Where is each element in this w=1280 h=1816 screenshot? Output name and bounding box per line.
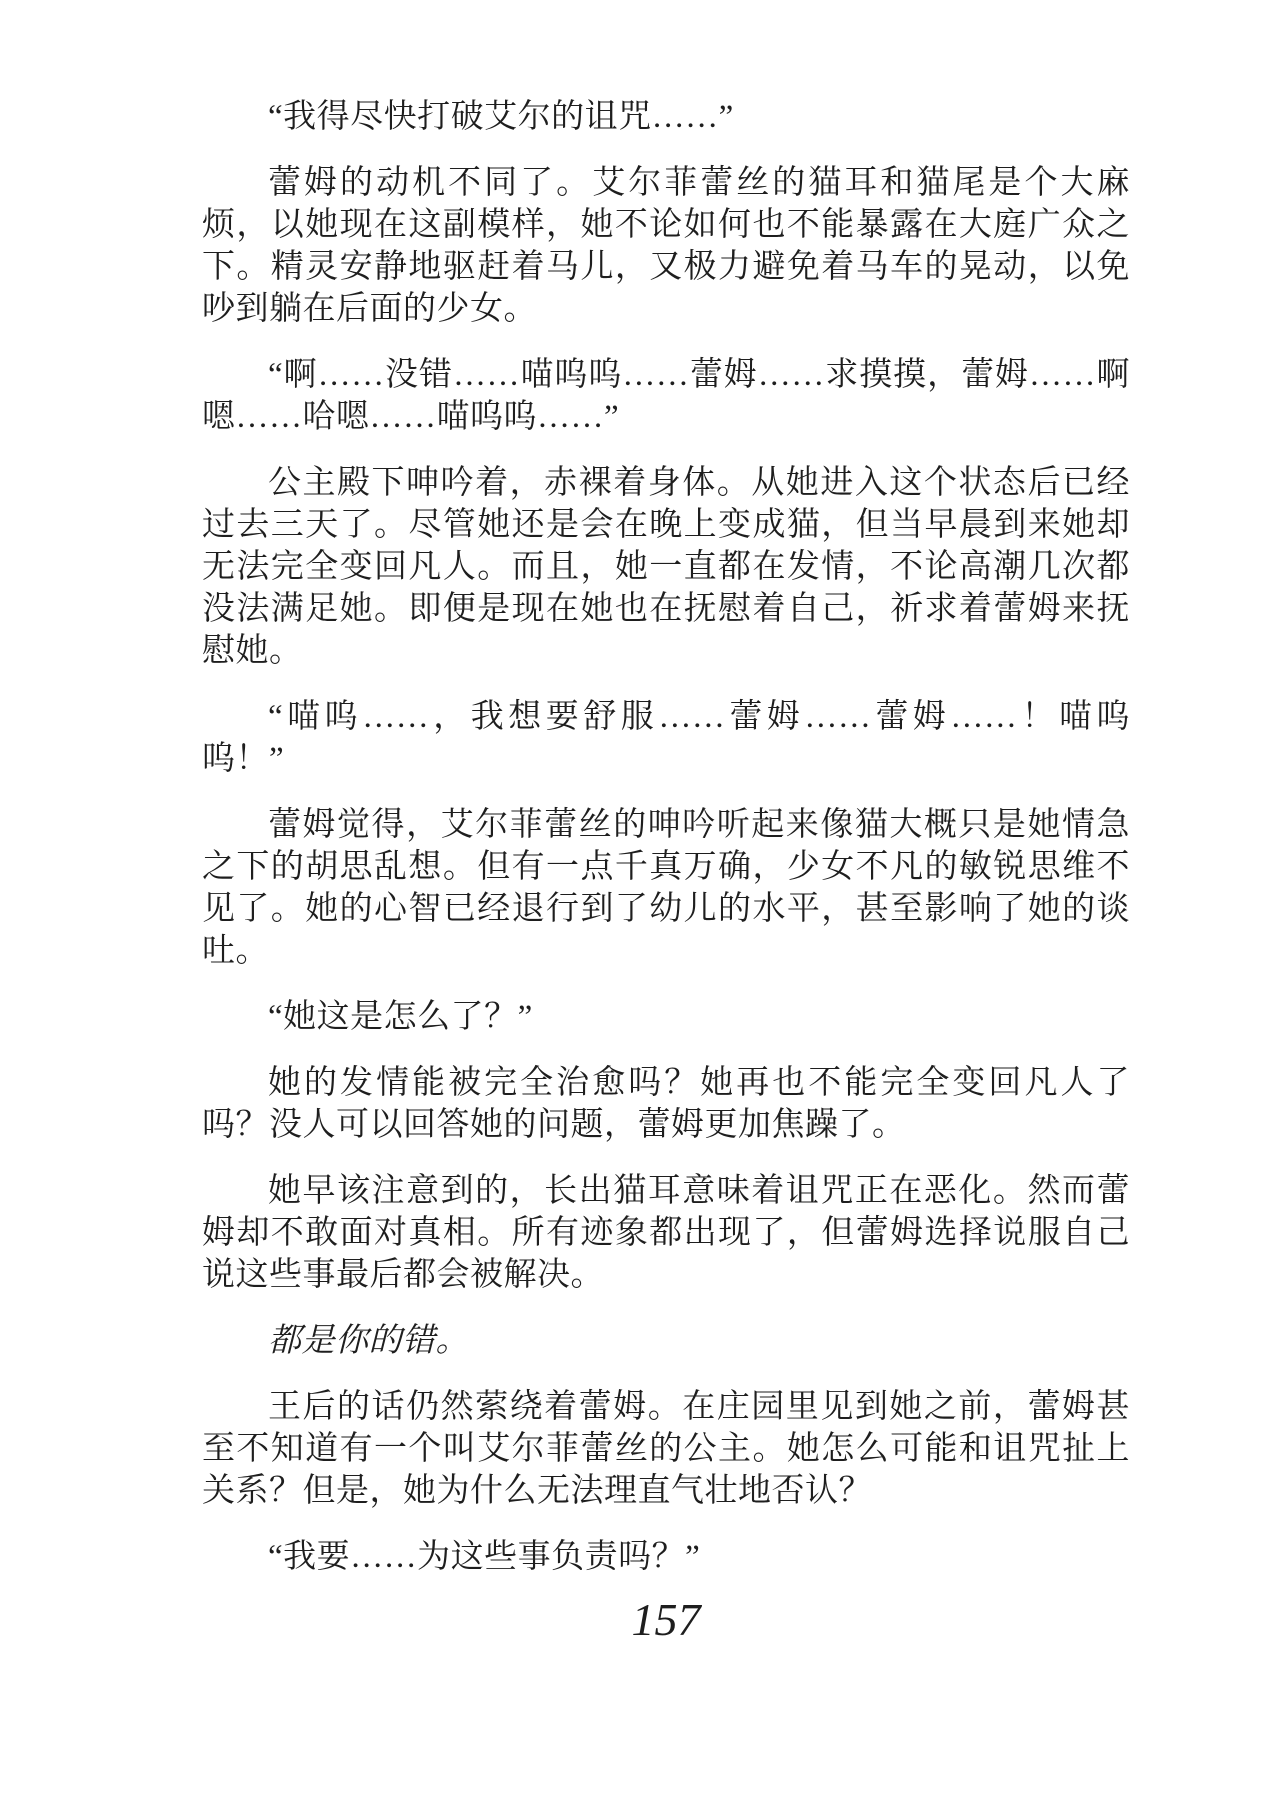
dialogue-paragraph: “啊……没错……喵呜呜……蕾姆……求摸摸，蕾姆……啊嗯……哈嗯……喵呜呜……” [202,354,1130,438]
page-number: 157 [202,1592,1130,1647]
dialogue-paragraph: “她这是怎么了？” [202,996,1130,1038]
dialogue-paragraph: “我要……为这些事负责吗？” [202,1536,1130,1578]
book-page: “我得尽快打破艾尔的诅咒……”蕾姆的动机不同了。艾尔菲蕾丝的猫耳和猫尾是个大麻烦… [0,0,1280,1816]
narration-paragraph: 王后的话仍然萦绕着蕾姆。在庄园里见到她之前，蕾姆甚至不知道有一个叫艾尔菲蕾丝的公… [202,1386,1130,1512]
dialogue-paragraph: “喵呜……，我想要舒服……蕾姆……蕾姆……！喵呜呜！” [202,696,1130,780]
narration-paragraph: 公主殿下呻吟着，赤裸着身体。从她进入这个状态后已经过去三天了。尽管她还是会在晚上… [202,462,1130,672]
page-text-block: “我得尽快打破艾尔的诅咒……”蕾姆的动机不同了。艾尔菲蕾丝的猫耳和猫尾是个大麻烦… [202,96,1130,1602]
narration-paragraph: 她的发情能被完全治愈吗？她再也不能完全变回凡人了吗？没人可以回答她的问题，蕾姆更… [202,1062,1130,1146]
dialogue-paragraph: “我得尽快打破艾尔的诅咒……” [202,96,1130,138]
narration-paragraph: 她早该注意到的，长出猫耳意味着诅咒正在恶化。然而蕾姆却不敢面对真相。所有迹象都出… [202,1170,1130,1296]
emphasis-paragraph: 都是你的错。 [202,1320,1130,1362]
narration-paragraph: 蕾姆觉得，艾尔菲蕾丝的呻吟听起来像猫大概只是她情急之下的胡思乱想。但有一点千真万… [202,804,1130,972]
narration-paragraph: 蕾姆的动机不同了。艾尔菲蕾丝的猫耳和猫尾是个大麻烦，以她现在这副模样，她不论如何… [202,162,1130,330]
